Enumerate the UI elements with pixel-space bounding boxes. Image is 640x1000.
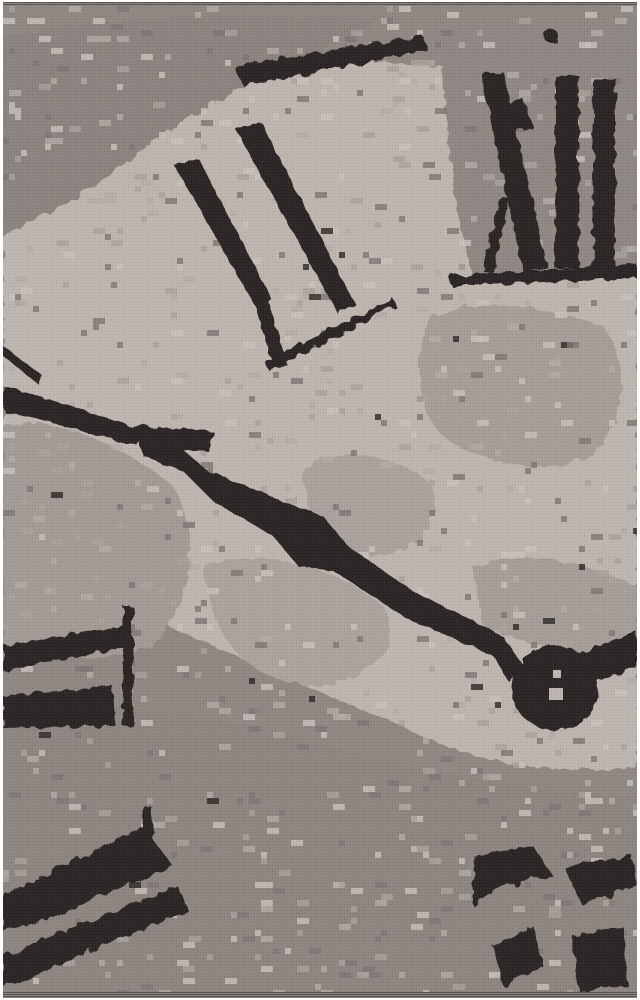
image-description: Pixelated woven pattern showing Roman nu…: [0, 0, 1, 1]
rug-bottom-edge: [3, 992, 637, 998]
woven-rug: [3, 6, 637, 996]
rug-artwork: [3, 6, 637, 996]
